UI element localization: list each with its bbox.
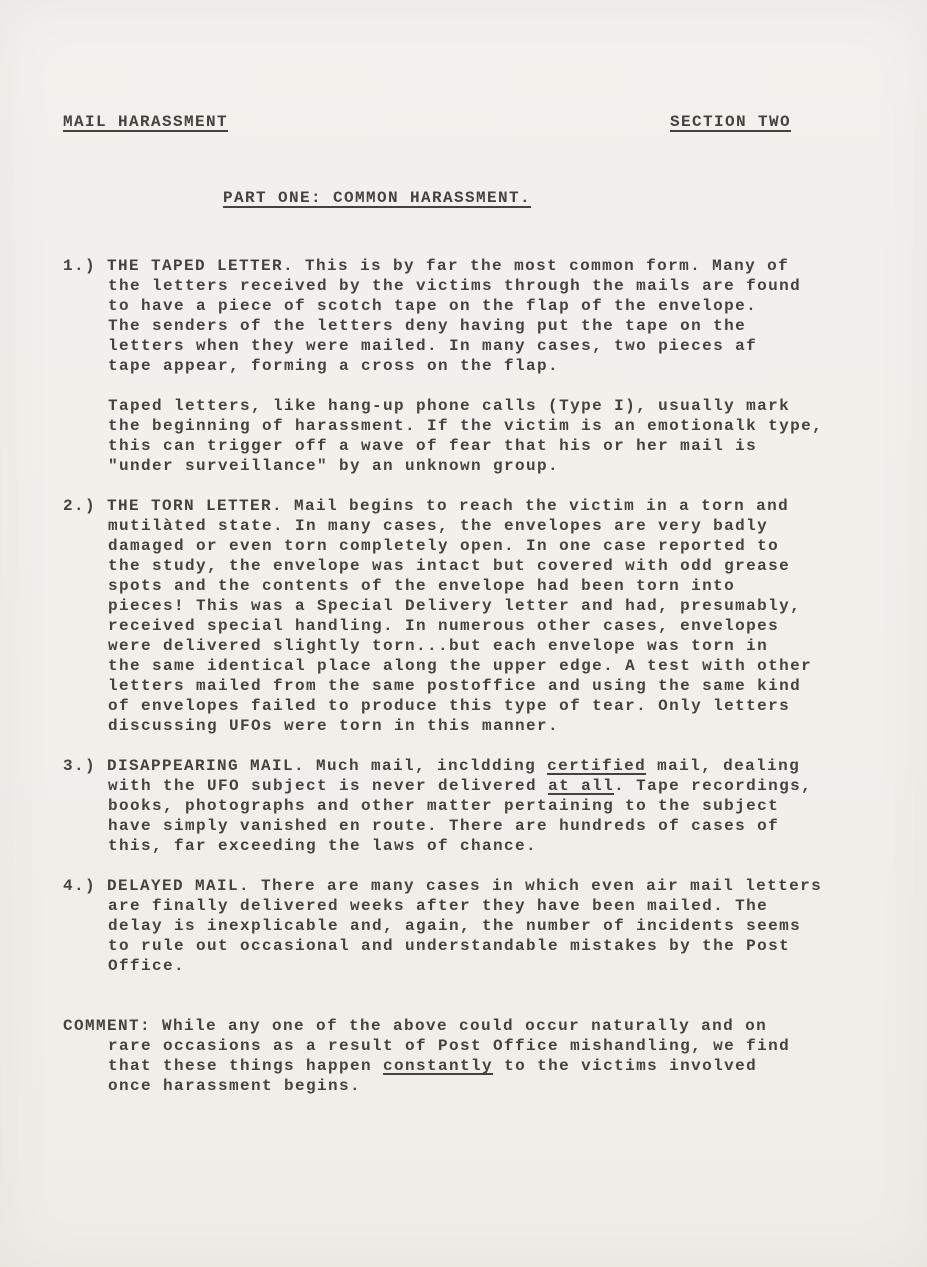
text-line: 3.) DISAPPEARING MAIL. Much mail, incldd… [63,756,869,776]
text-segment: to have a piece of scotch tape on the fl… [108,297,757,315]
text-segment: have simply vanished en route. There are… [108,817,779,835]
text-line: pieces! This was a Special Delivery lett… [63,596,869,616]
item-4-delayed-mail: 4.) DELAYED MAIL. There are many cases i… [63,876,869,976]
text-line: letters mailed from the same postoffice … [63,676,869,696]
document-page: MAIL HARASSMENT SECTION TWO PART ONE: CO… [0,0,927,1267]
text-segment: the same identical place along the upper… [108,657,812,675]
text-segment: "under surveillance" by an unknown group… [108,457,559,475]
text-line: this can trigger off a wave of fear that… [63,436,869,456]
text-line: 1.) THE TAPED LETTER. This is by far the… [63,256,869,276]
text-line: are finally delivered weeks after they h… [63,896,869,916]
text-segment: tape appear, forming a cross on the flap… [108,357,559,375]
text-segment: to rule out occasional and understandabl… [108,937,790,955]
text-line: with the UFO subject is never delivered … [63,776,869,796]
text-segment: 1.) THE TAPED LETTER. This is by far the… [63,257,789,275]
text-line: damaged or even torn completely open. In… [63,536,869,556]
text-segment: Taped letters, like hang-up phone calls … [108,397,790,415]
text-segment: Office. [108,957,185,975]
text-line: were delivered slightly torn...but each … [63,636,869,656]
item-1-continuation: Taped letters, like hang-up phone calls … [63,396,869,476]
text-segment: are finally delivered weeks after they h… [108,897,768,915]
text-line: COMMENT: While any one of the above coul… [63,1016,869,1036]
text-segment: 2.) THE TORN LETTER. Mail begins to reac… [63,497,789,515]
text-segment: discussing UFOs were torn in this manner… [108,717,559,735]
text-segment: pieces! This was a Special Delivery lett… [108,597,801,615]
text-line: to have a piece of scotch tape on the fl… [63,296,869,316]
item-2-torn-letter: 2.) THE TORN LETTER. Mail begins to reac… [63,496,869,736]
text-segment: 4.) DELAYED MAIL. There are many cases i… [63,877,822,895]
text-line: of envelopes failed to produce this type… [63,696,869,716]
text-segment: the letters received by the victims thro… [108,277,801,295]
text-segment: that these things happen [108,1057,383,1075]
comment-paragraph: COMMENT: While any one of the above coul… [63,1016,869,1096]
text-segment: mutilàted state. In many cases, the enve… [108,517,768,535]
text-line: 4.) DELAYED MAIL. There are many cases i… [63,876,869,896]
text-segment: of envelopes failed to produce this type… [108,697,790,715]
text-segment: letters mailed from the same postoffice … [108,677,801,695]
text-line: once harassment begins. [63,1076,869,1096]
text-line: tape appear, forming a cross on the flap… [63,356,869,376]
text-segment: this can trigger off a wave of fear that… [108,437,757,455]
text-segment: books, photographs and other matter pert… [108,797,779,815]
text-line: rare occasions as a result of Post Offic… [63,1036,869,1056]
text-segment: once harassment begins. [108,1077,361,1095]
text-line: mutilàted state. In many cases, the enve… [63,516,869,536]
text-line: The senders of the letters deny having p… [63,316,869,336]
text-segment: COMMENT: While any one of the above coul… [63,1017,767,1035]
underlined-text: at all [548,777,614,795]
text-line: Office. [63,956,869,976]
text-segment: the beginning of harassment. If the vict… [108,417,823,435]
text-line: spots and the contents of the envelope h… [63,576,869,596]
text-segment: to the victims involved [493,1057,757,1075]
text-segment: rare occasions as a result of Post Offic… [108,1037,790,1055]
text-segment: received special handling. In numerous o… [108,617,779,635]
text-segment: The senders of the letters deny having p… [108,317,746,335]
text-line: Taped letters, like hang-up phone calls … [63,396,869,416]
text-segment: . Tape recordings, [614,777,812,795]
text-segment: the study, the envelope was intact but c… [108,557,790,575]
text-segment: letters when they were mailed. In many c… [108,337,757,355]
underlined-text: constantly [383,1057,493,1075]
part-heading: PART ONE: COMMON HARASSMENT. [223,189,531,207]
text-line: "under surveillance" by an unknown group… [63,456,869,476]
text-line: the same identical place along the upper… [63,656,869,676]
text-line: the study, the envelope was intact but c… [63,556,869,576]
text-segment: mail, dealing [646,757,800,775]
text-segment: were delivered slightly torn...but each … [108,637,768,655]
text-line: the beginning of harassment. If the vict… [63,416,869,436]
document-header: MAIL HARASSMENT SECTION TWO [63,112,791,132]
text-line: 2.) THE TORN LETTER. Mail begins to reac… [63,496,869,516]
text-line: that these things happen constantly to t… [63,1056,869,1076]
text-line: received special handling. In numerous o… [63,616,869,636]
part-heading-row: PART ONE: COMMON HARASSMENT. [223,188,869,208]
text-segment: spots and the contents of the envelope h… [108,577,735,595]
section-label: SECTION TWO [670,112,791,132]
text-line: have simply vanished en route. There are… [63,816,869,836]
text-line: discussing UFOs were torn in this manner… [63,716,869,736]
text-line: delay is inexplicable and, again, the nu… [63,916,869,936]
item-3-disappearing-mail: 3.) DISAPPEARING MAIL. Much mail, incldd… [63,756,869,856]
text-segment: delay is inexplicable and, again, the nu… [108,917,801,935]
text-line: letters when they were mailed. In many c… [63,336,869,356]
text-segment: with the UFO subject is never delivered [108,777,548,795]
text-line: this, far exceeding the laws of chance. [63,836,869,856]
text-segment: 3.) DISAPPEARING MAIL. Much mail, incldd… [63,757,547,775]
item-1-taped-letter: 1.) THE TAPED LETTER. This is by far the… [63,256,869,376]
text-line: to rule out occasional and understandabl… [63,936,869,956]
doc-title: MAIL HARASSMENT [63,112,228,132]
document-body: 1.) THE TAPED LETTER. This is by far the… [63,256,869,1096]
text-segment: damaged or even torn completely open. In… [108,537,779,555]
text-segment: this, far exceeding the laws of chance. [108,837,537,855]
underlined-text: certified [547,757,646,775]
text-line: books, photographs and other matter pert… [63,796,869,816]
text-line: the letters received by the victims thro… [63,276,869,296]
